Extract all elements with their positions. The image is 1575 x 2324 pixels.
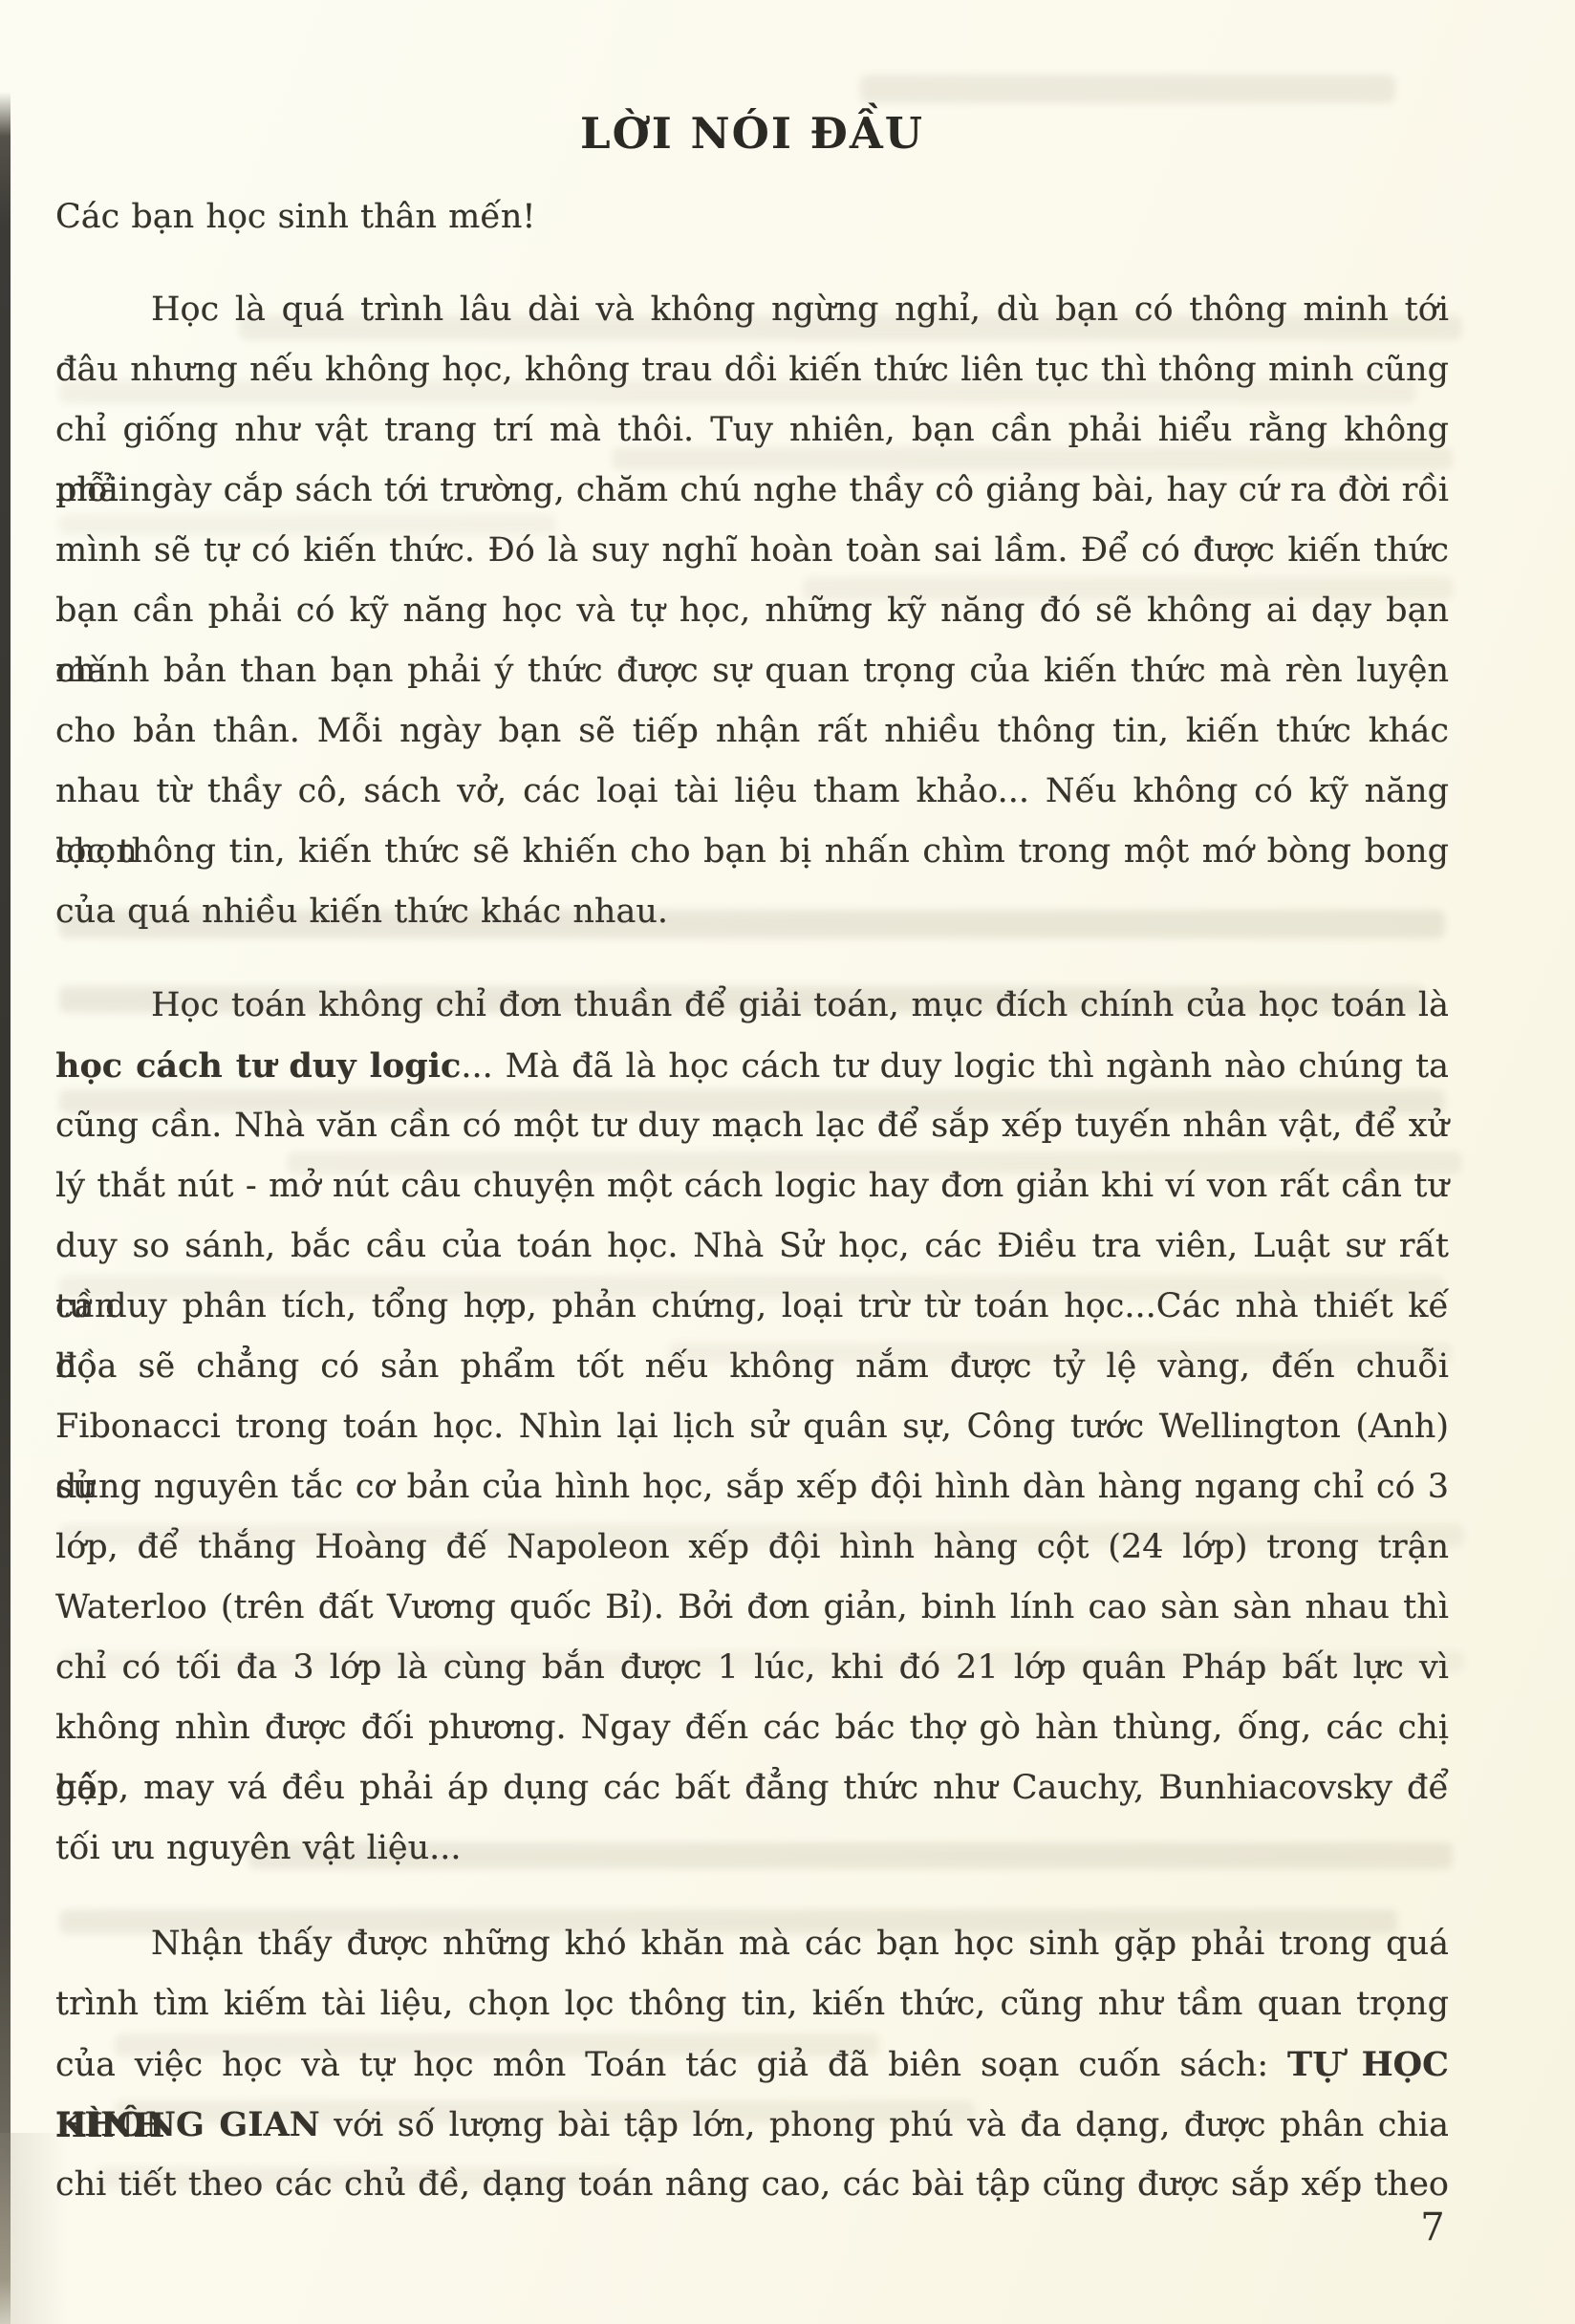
text-line: dụng nguyên tắc cơ bản của hình học, sắp…: [55, 1457, 1449, 1517]
text-line: bạn cần phải có kỹ năng học và tự học, n…: [55, 581, 1449, 641]
paragraph-1: Học là quá trình lâu dài và không ngừng …: [55, 280, 1449, 942]
text-run: với số lượng bài tập lớn, phong phú và đ…: [320, 2106, 1449, 2144]
bold-run: học cách tư duy logic: [55, 1046, 461, 1086]
page-title: LỜI NÓI ĐẦU: [55, 109, 1449, 159]
page-number: 7: [1403, 2206, 1462, 2249]
text-line: Fibonacci trong toán học. Nhìn lại lịch …: [55, 1397, 1449, 1457]
text-line: mình sẽ tự có kiến thức. Đó là suy nghĩ …: [55, 521, 1449, 581]
text-line: Học là quá trình lâu dài và không ngừng …: [55, 280, 1449, 340]
text-line: chỉ giống như vật trang trí mà thôi. Tuy…: [55, 400, 1449, 461]
text-run: của việc học và tự học môn Toán tác giả …: [55, 2046, 1287, 2084]
text-line: tư duy phân tích, tổng hợp, phản chứng, …: [55, 1277, 1449, 1337]
text-line: chi tiết theo các chủ đề, dạng toán nâng…: [55, 2155, 1449, 2215]
text-line: hộp, may vá đều phải áp dụng các bất đẳn…: [55, 1758, 1449, 1818]
bold-run-book-title: KHÔNG GIAN: [55, 2105, 320, 2144]
text-line: cho bản thân. Mỗi ngày bạn sẽ tiếp nhận …: [55, 701, 1449, 762]
scan-spine-shadow: [0, 92, 11, 2324]
text-line: Nhận thấy được những khó khăn mà các bạn…: [55, 1914, 1449, 1974]
page-content: LỜI NÓI ĐẦU Các bạn học sinh thân mến! H…: [55, 0, 1449, 2215]
text-line: duy so sánh, bắc cầu của toán học. Nhà S…: [55, 1216, 1449, 1277]
salutation: Các bạn học sinh thân mến!: [55, 187, 1449, 247]
text-line: lọc thông tin, kiến thức sẽ khiến cho bạ…: [55, 822, 1449, 882]
text-line: Học toán không chỉ đơn thuần để giải toá…: [55, 976, 1449, 1036]
text-line: chỉ có tối đa 3 lớp là cùng bắn được 1 l…: [55, 1638, 1449, 1698]
text-line: Waterloo (trên đất Vương quốc Bỉ). Bởi đ…: [55, 1578, 1449, 1638]
text-line: lớp, để thắng Hoàng đế Napoleon xếp đội …: [55, 1517, 1449, 1578]
text-line: của việc học và tự học môn Toán tác giả …: [55, 2034, 1449, 2095]
text-line: trình tìm kiếm tài liệu, chọn lọc thông …: [55, 1974, 1449, 2034]
text-line: không nhìn được đối phương. Ngay đến các…: [55, 1698, 1449, 1758]
text-line: lý thắt nút - mở nút câu chuyện một cách…: [55, 1156, 1449, 1216]
text-line: tối ưu nguyên vật liệu...: [55, 1818, 1449, 1879]
text-line: mỗi ngày cắp sách tới trường, chăm chú n…: [55, 461, 1449, 521]
text-run: ... Mà đã là học cách tư duy logic thì n…: [461, 1047, 1449, 1086]
paragraph-2: Học toán không chỉ đơn thuần để giải toá…: [55, 976, 1449, 1879]
text-line: đâu nhưng nếu không học, không trau dồi …: [55, 340, 1449, 400]
text-line: chính bản than bạn phải ý thức được sự q…: [55, 641, 1449, 701]
text-line: nhau từ thầy cô, sách vở, các loại tài l…: [55, 762, 1449, 822]
text-line: học cách tư duy logic... Mà đã là học cá…: [55, 1036, 1449, 1096]
book-page: LỜI NÓI ĐẦU Các bạn học sinh thân mến! H…: [0, 0, 1575, 2324]
text-line: KHÔNG GIAN với số lượng bài tập lớn, pho…: [55, 2095, 1449, 2155]
text-line: cũng cần. Nhà văn cần có một tư duy mạch…: [55, 1096, 1449, 1156]
paragraph-3: Nhận thấy được những khó khăn mà các bạn…: [55, 1914, 1449, 2215]
text-line: họa sẽ chẳng có sản phẩm tốt nếu không n…: [55, 1337, 1449, 1397]
text-line: của quá nhiều kiến thức khác nhau.: [55, 882, 1449, 942]
